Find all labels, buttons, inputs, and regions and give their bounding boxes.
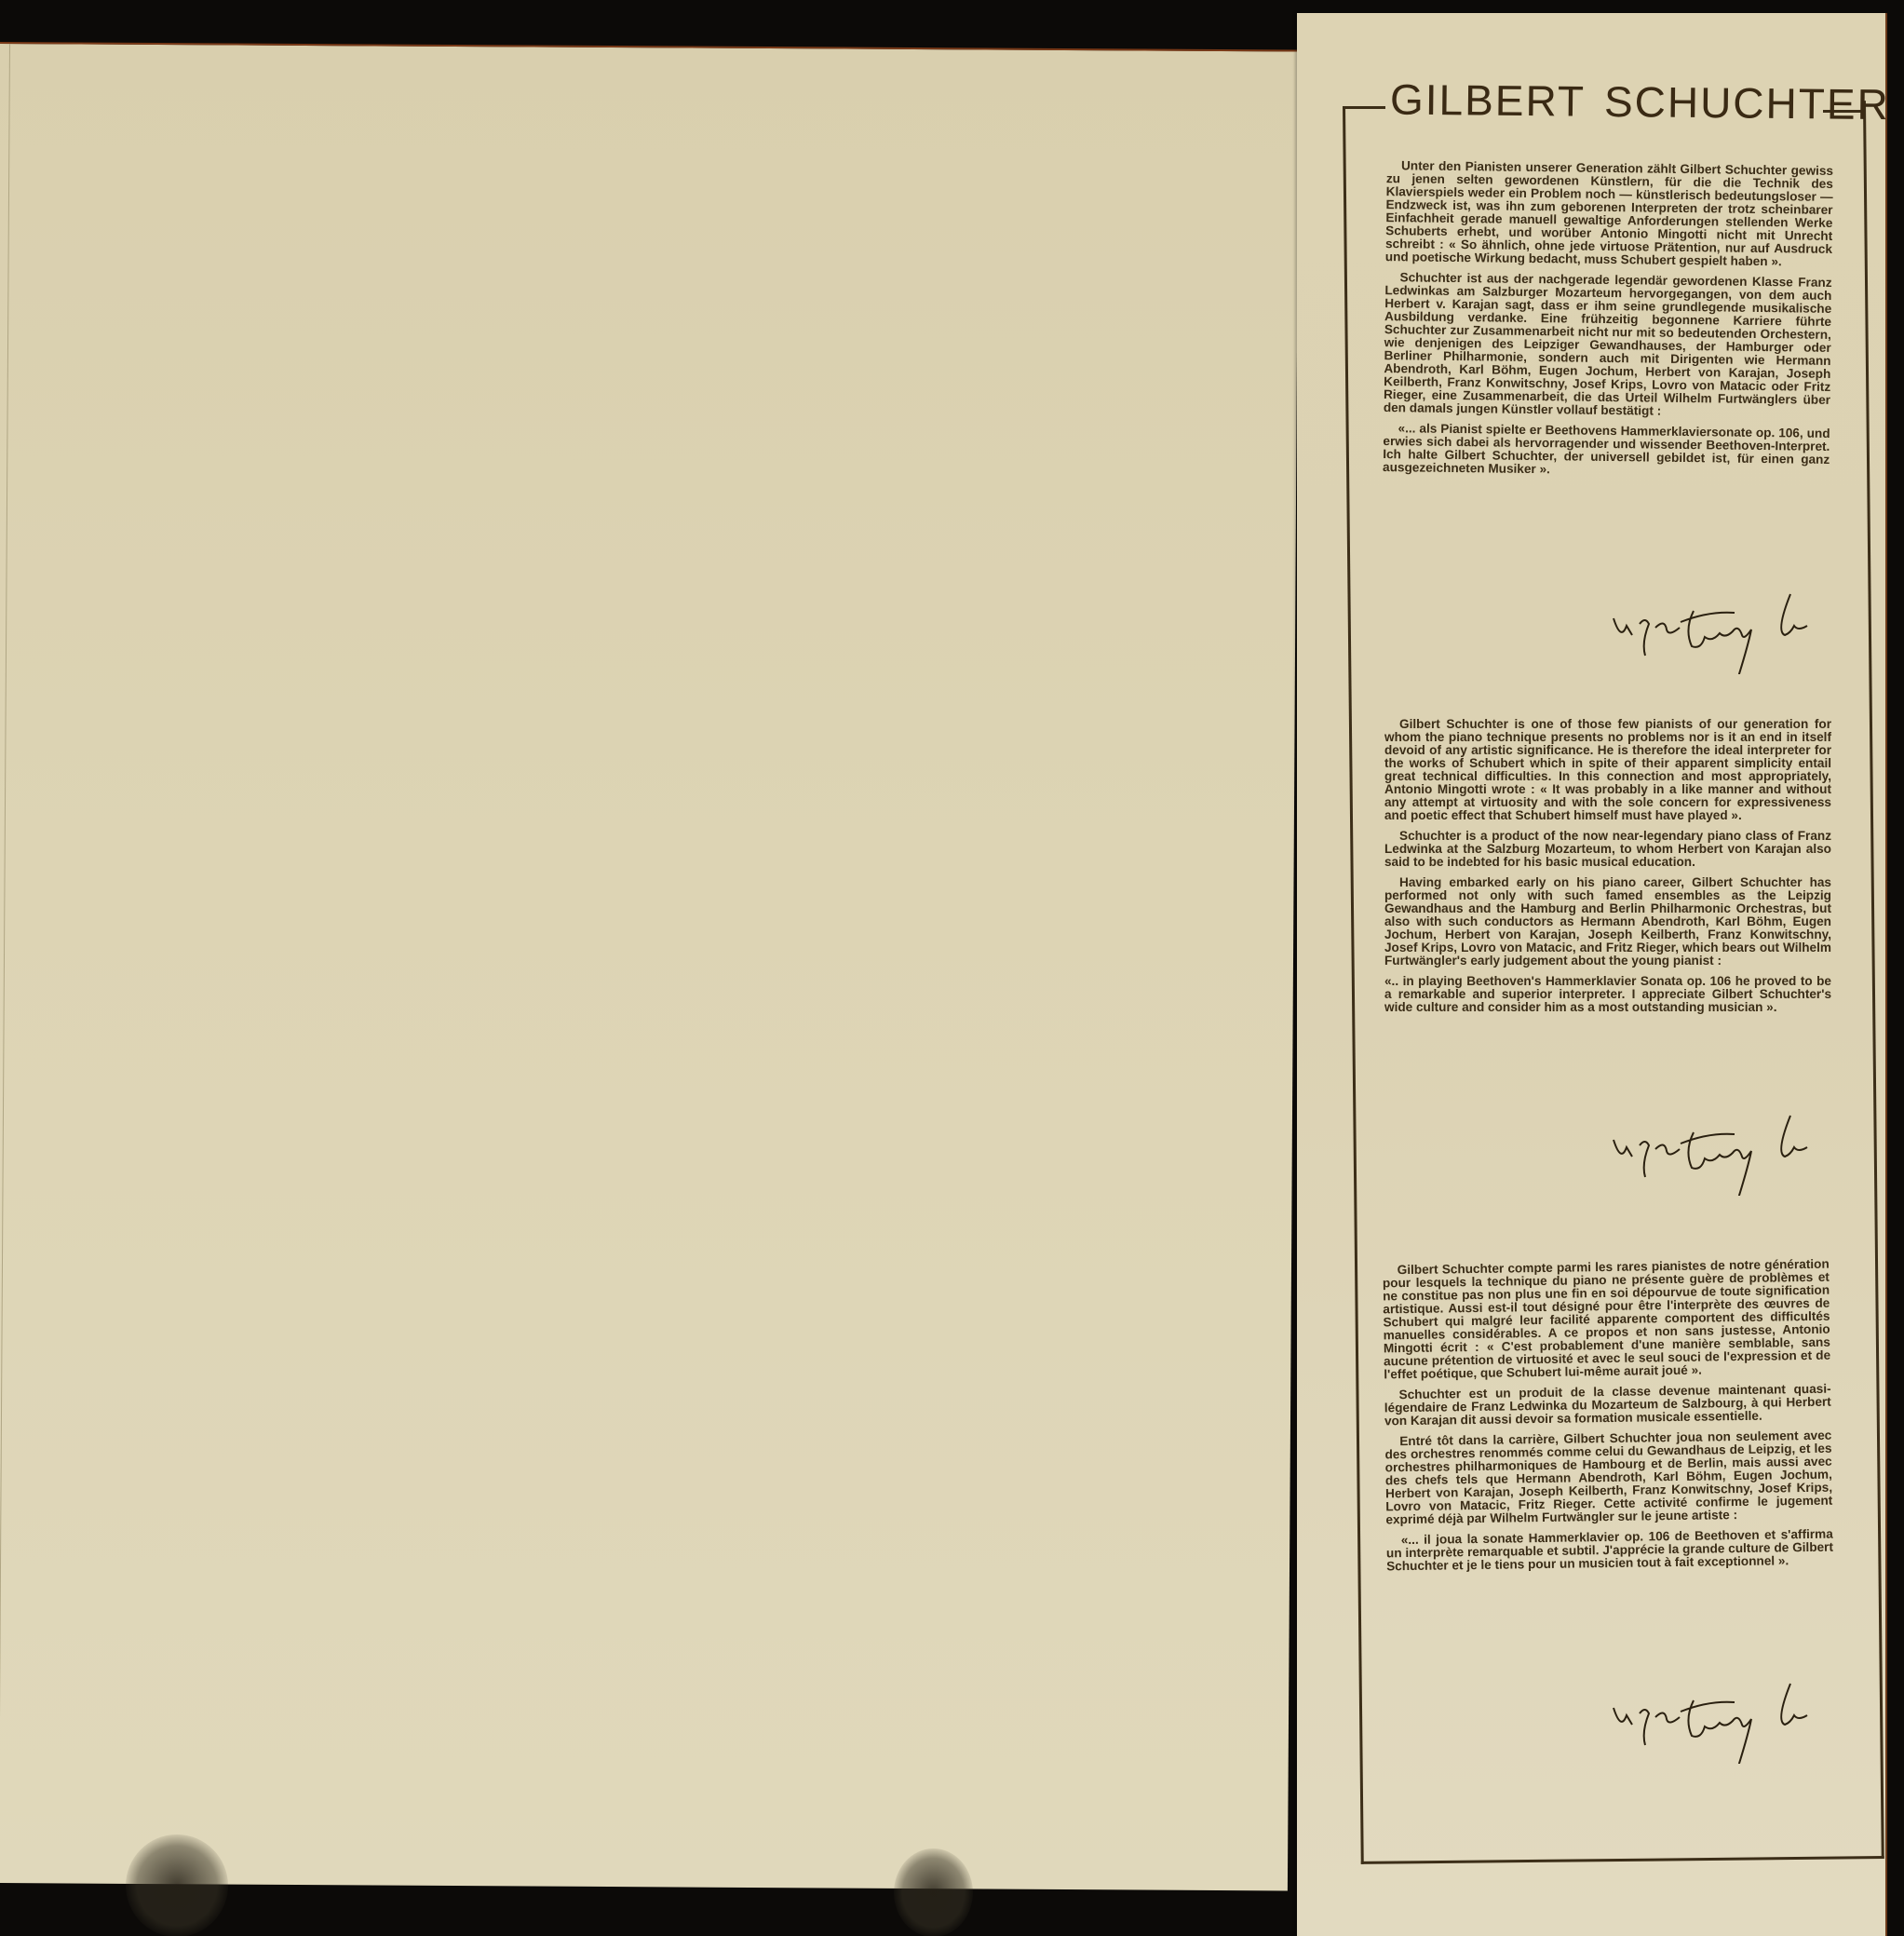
signature-german — [1604, 590, 1828, 674]
frame-top-left-rule — [1343, 106, 1385, 109]
finger-shadow-middle — [894, 1848, 973, 1936]
liner-notes-insert: GILBERTSCHUCHTER Unter den Pianisten uns… — [1297, 13, 1887, 1936]
german-quote: «... als Pianist spielte er Beethovens H… — [1383, 422, 1830, 480]
english-quote: «.. in playing Beethoven's Hammerklavier… — [1384, 975, 1831, 1014]
album-cover-inner-left-panel — [0, 42, 1299, 1890]
french-paragraph-3: Entré tôt dans la carrière, Gilbert Schu… — [1384, 1429, 1832, 1527]
english-paragraph-2: Schuchter is a product of the now near-l… — [1384, 830, 1831, 869]
german-paragraph-2: Schuchter ist aus der nachgerade legendä… — [1384, 271, 1832, 420]
artist-title: GILBERTSCHUCHTER — [1390, 74, 1829, 129]
english-paragraph-1: Gilbert Schuchter is one of those few pi… — [1384, 718, 1831, 822]
french-section: Gilbert Schuchter compte parmi les rares… — [1383, 1258, 1834, 1581]
signature-icon — [1604, 1112, 1828, 1196]
english-section: Gilbert Schuchter is one of those few pi… — [1384, 718, 1831, 1022]
title-first-name: GILBERT — [1390, 75, 1587, 126]
finger-shadow-left — [126, 1834, 228, 1936]
title-last-name: SCHUCHTER — [1604, 77, 1890, 129]
english-paragraph-3: Having embarked early on his piano caree… — [1384, 876, 1831, 968]
french-quote: «... il joua la sonate Hammerklavier op.… — [1386, 1528, 1834, 1574]
signature-icon — [1604, 1680, 1828, 1764]
signature-icon — [1604, 590, 1828, 674]
spine-edge — [0, 44, 10, 1883]
french-paragraph-2: Schuchter est un produit de la classe de… — [1384, 1383, 1832, 1428]
german-section: Unter den Pianisten unserer Generation z… — [1383, 159, 1833, 487]
french-paragraph-1: Gilbert Schuchter compte parmi les rares… — [1383, 1258, 1831, 1382]
german-paragraph-1: Unter den Pianisten unserer Generation z… — [1385, 159, 1833, 269]
signature-english — [1604, 1112, 1828, 1196]
signature-french — [1604, 1680, 1828, 1764]
